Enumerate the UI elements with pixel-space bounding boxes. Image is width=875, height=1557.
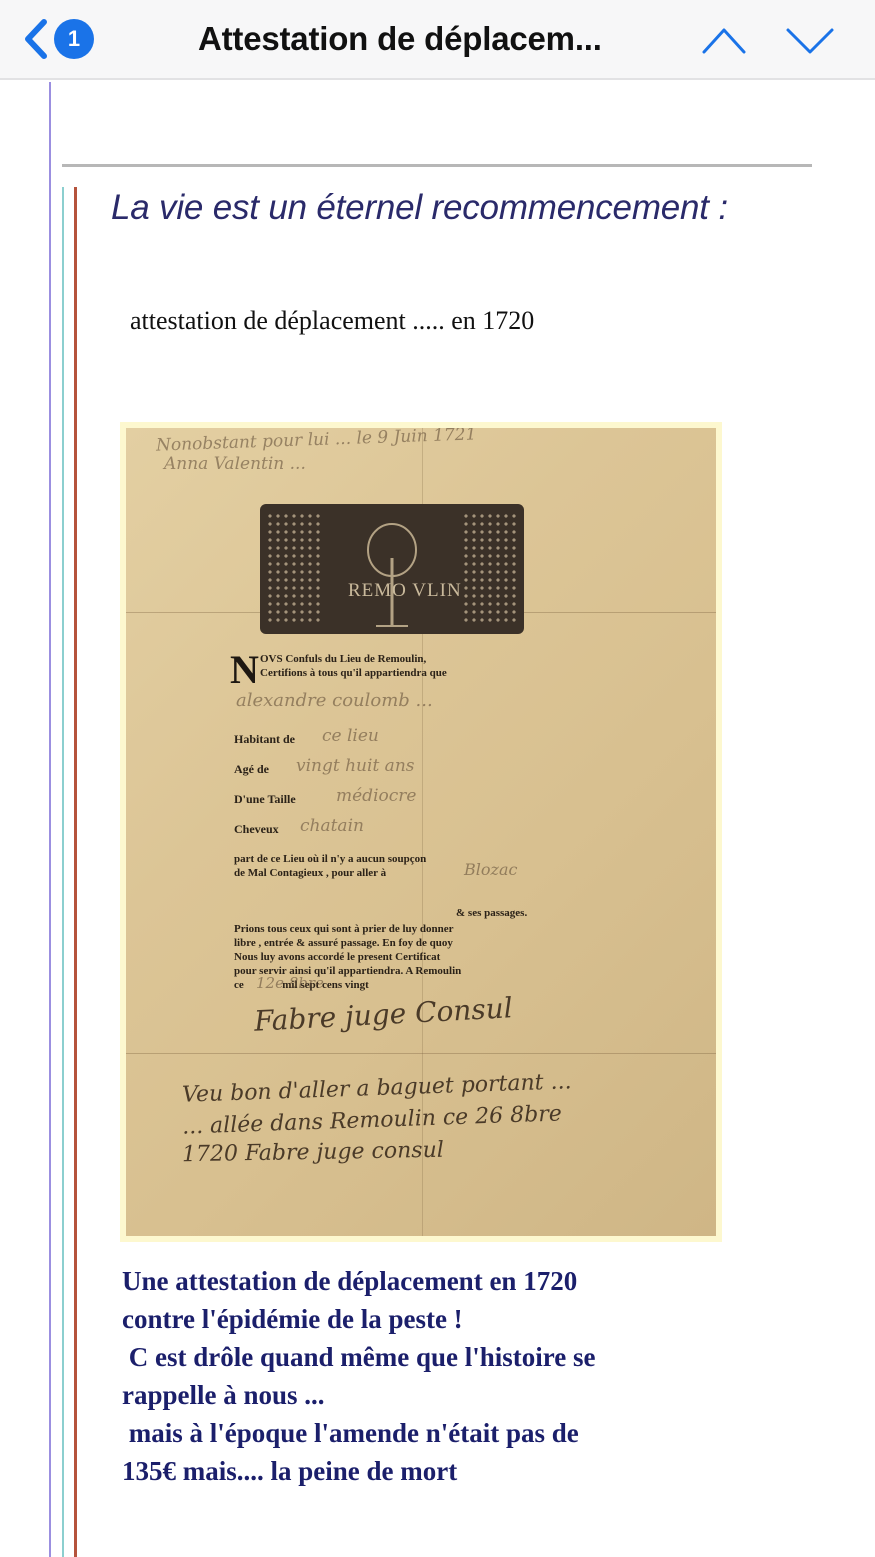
top-handwritten-note: Nonobstant pour lui ... le 9 Juin 1721 [156, 428, 477, 456]
value-habitant: ce lieu [322, 726, 379, 746]
bottom-handwritten-note: Veu bon d'aller a baguet portant ... [182, 1069, 572, 1108]
value-age: vingt huit ans [296, 756, 415, 776]
quote-bar-middle [62, 187, 64, 1557]
message-caption: Une attestation de déplacement en 1720 c… [122, 1262, 742, 1490]
top-bar: 1 Attestation de déplacem... [0, 0, 875, 80]
body-line: Nous luy avons accordé le present Certif… [234, 950, 440, 965]
part-line: part de ce Lieu où il n'y a aucun soupço… [234, 852, 426, 867]
handwritten-date: 12e 8bre [256, 974, 324, 992]
part-line: de Mal Contagieux , pour aller à [234, 866, 386, 881]
caption-line: mais à l'époque l'amende n'était pas de [122, 1414, 742, 1452]
label-cheveux: Cheveux [234, 822, 279, 837]
back-button[interactable]: 1 [20, 16, 115, 62]
remoulin-stamp: REMO VLIN [260, 504, 524, 634]
message-subject-title: Attestation de déplacem... [198, 16, 602, 62]
chevron-up-icon[interactable] [700, 20, 748, 60]
tree-emblem-icon [360, 518, 424, 628]
unread-count-badge: 1 [54, 19, 94, 59]
tower-emblem-icon [266, 512, 322, 626]
intro-line: OVS Confuls du Lieu de Remoulin, [260, 652, 426, 667]
attestation-document-image[interactable]: Nonobstant pour lui ... le 9 Juin 1721 A… [120, 422, 722, 1242]
caption-line: rappelle à nous ... [122, 1376, 742, 1414]
caption-line: 135€ mais.... la peine de mort [122, 1452, 742, 1490]
chevron-down-icon[interactable] [784, 20, 836, 60]
caption-line: Une attestation de déplacement en 1720 [122, 1262, 742, 1300]
message-subline: attestation de déplacement ..... en 1720 [130, 306, 534, 336]
message-heading: La vie est un éternel recommencement : [111, 188, 728, 228]
bottom-handwritten-note: 1720 Fabre juge consul [182, 1138, 444, 1168]
document-paper: Nonobstant pour lui ... le 9 Juin 1721 A… [126, 428, 716, 1236]
passages-line: & ses passages. [456, 906, 527, 921]
value-destination: Blozac [464, 860, 517, 879]
top-handwritten-note: Anna Valentin ... [164, 454, 306, 474]
quote-bar-inner [74, 187, 77, 1557]
tower-emblem-icon [462, 512, 518, 626]
dropcap: N [230, 650, 259, 690]
horizontal-rule [62, 164, 812, 167]
body-line: libre , entrée & assuré passage. En foy … [234, 936, 453, 951]
caption-line: C est drôle quand même que l'histoire se [122, 1338, 742, 1376]
chevron-left-icon [20, 16, 50, 62]
intro-line: Certifions à tous qu'il appartiendra que [260, 666, 447, 681]
value-taille: médiocre [336, 786, 416, 806]
fold-line [126, 1053, 716, 1054]
label-taille: D'une Taille [234, 792, 296, 807]
quote-bar-outer [49, 82, 51, 1557]
bottom-handwritten-note: ... allée dans Remoulin ce 26 8bre [182, 1101, 563, 1139]
value-cheveux: chatain [300, 816, 364, 836]
label-habitant: Habitant de [234, 732, 295, 747]
label-age: Agé de [234, 762, 269, 777]
caption-line: contre l'épidémie de la peste ! [122, 1300, 742, 1338]
body-line: Prions tous ceux qui sont à prier de luy… [234, 922, 454, 937]
stamp-text: REMO VLIN [348, 580, 462, 602]
signature: Fabre juge Consul [253, 991, 513, 1037]
handwritten-name: alexandre coulomb ... [236, 690, 433, 711]
